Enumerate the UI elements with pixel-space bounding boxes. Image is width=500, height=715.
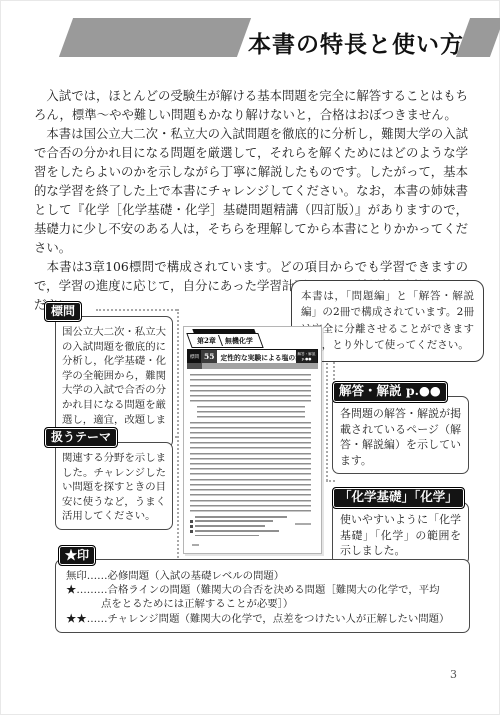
callout-star-marks: 無印……必修問題（入試の基礎レベルの問題） ★………合格ラインの問題（難関大の合… [55, 559, 470, 633]
chapter-tab: 第2章 無機化学 [186, 333, 263, 348]
book-page: 本書の特長と使い方 入試では，ほとんどの受験生が解ける基本問題を完全に解答するこ… [0, 0, 500, 715]
chapter-tab-number: 第2章 [197, 336, 216, 346]
connector-left-vertical [177, 309, 179, 558]
label-theme: 扱うテーマ [44, 427, 118, 448]
connector-hyomon [96, 309, 177, 311]
star-line-1: 無印……必修問題（入試の基礎レベルの問題） [66, 569, 459, 583]
problem-title: 定性的な実験による塩の決定 [217, 350, 296, 363]
chapter-tab-name: 無機化学 [225, 336, 253, 346]
connector-scope-stub [326, 480, 335, 482]
thumbnail-source-mark [295, 523, 311, 525]
problem-number-chip: 55 [201, 350, 217, 363]
intro-paragraph-2: 本書は国公立大二次・私立大の入試問題を徹底的に分析し，難関大学の入試で合否の分か… [34, 124, 468, 257]
connector-scope-vertical [326, 355, 328, 481]
star-line-2: ★………合格ラインの問題（難関大の合否を決める問題［難関大の化学で，平均 [66, 583, 459, 597]
answer-page-badge: 解答・解説 p.●● [296, 350, 317, 363]
page-number: 3 [450, 668, 457, 681]
star-line-4: ★★……チャレンジ問題（難関大の化学で，点差をつけたい人が正解したい問題） [66, 612, 459, 626]
chapter-tab-divider [218, 335, 223, 346]
label-hyomon: 標問 [44, 301, 82, 322]
problem-label-chip: 標問 [188, 350, 201, 363]
thumbnail-page-number [192, 544, 199, 546]
theme-strip [187, 363, 318, 369]
thumbnail-text-lines [190, 374, 314, 536]
intro-paragraph-1: 入試では，ほとんどの受験生が解ける基本問題を完全に解答することはもちろん，標準〜… [34, 86, 468, 124]
page-title: 本書の特長と使い方 [248, 26, 464, 59]
callout-scope: 使いやすいように「化学基礎」「化学」の範囲を示しました。 [332, 502, 469, 565]
callout-answers: 各問題の解答・解説が掲載されているページ（解答・解説編）を示しています。 [332, 396, 469, 474]
label-answers: 解答・解説 p.●● [332, 381, 448, 403]
star-line-3: 点をとるためには正解することが必要］） [66, 597, 459, 611]
sample-page-thumbnail: 第2章 無機化学 標問 55 定性的な実験による塩の決定 解答・解説 p.●● [183, 326, 322, 554]
label-scope: 「化学基礎」「化学」 [332, 487, 465, 509]
header-parallelogram [59, 18, 251, 57]
problem-title-bar: 標問 55 定性的な実験による塩の決定 解答・解説 p.●● [187, 349, 318, 364]
callout-theme: 関連する分野を示しました。チャレンジしたい問題を探すときの目安に使うなど，うまく… [55, 442, 173, 530]
label-star-marks: ★印 [58, 545, 96, 566]
